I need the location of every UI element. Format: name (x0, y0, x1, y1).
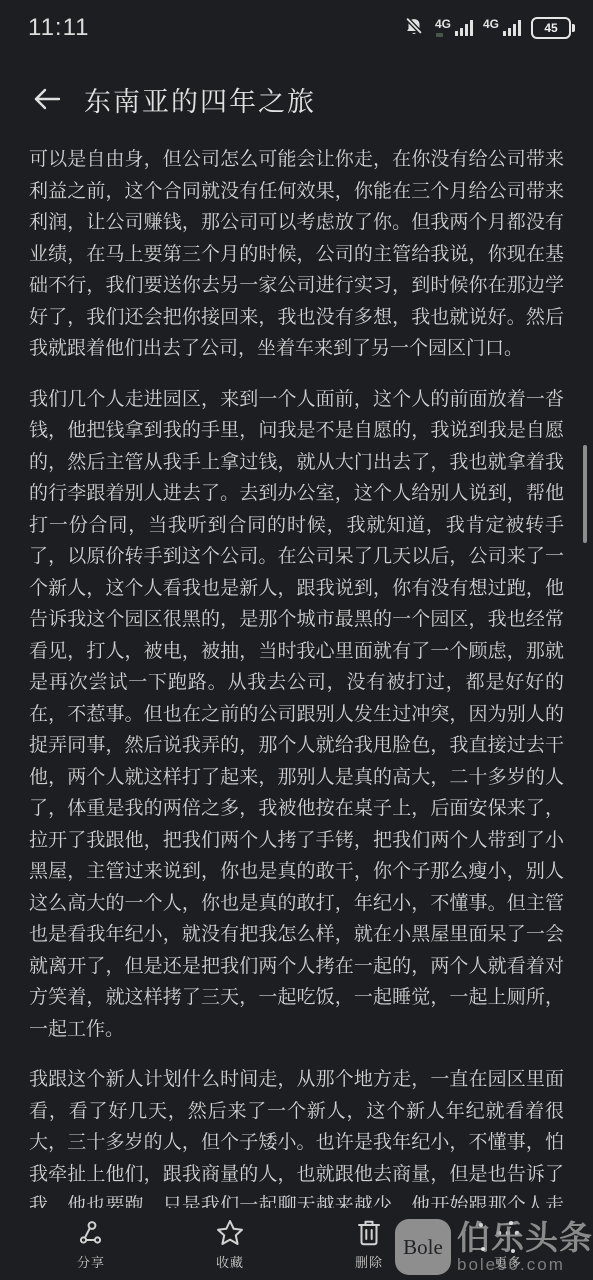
page-title: 东南亚的四年之旅 (84, 80, 316, 119)
battery-icon: 45 (531, 17, 571, 39)
watermark-site-name: 伯乐头条 (457, 1221, 593, 1254)
favorite-label: 收藏 (216, 1252, 244, 1271)
signal-icon-sim1: 4G (435, 20, 473, 36)
favorite-button[interactable]: 收藏 (197, 1216, 263, 1274)
share-button[interactable]: 分享 (58, 1216, 124, 1274)
star-icon (215, 1219, 245, 1247)
share-label: 分享 (77, 1252, 105, 1271)
app-screen: 11:11 4G 4G 45 (0, 0, 593, 1280)
sparkle-dot (479, 1223, 483, 1227)
delete-button[interactable]: 删除 (336, 1216, 402, 1274)
bole-logo-text: Bole (403, 1235, 443, 1260)
volte-indicator (436, 33, 443, 37)
trash-icon (356, 1219, 382, 1247)
signal-bars (503, 20, 521, 36)
article-body[interactable]: 可以是自由身，但公司怎么可能会让你走，在你没有给公司带来利益之前，这个合同就没有… (0, 140, 593, 1208)
signal-icon-sim2: 4G (483, 20, 521, 36)
bole-logo: Bole (395, 1219, 451, 1275)
watermark-text: 伯乐头条 bole90.com (457, 1221, 593, 1273)
network-type-label: 4G (435, 18, 451, 30)
article-paragraph: 可以是自由身，但公司怎么可能会让你走，在你没有给公司带来利益之前，这个合同就没有… (29, 144, 564, 365)
site-watermark: Bole 伯乐头条 bole90.com (395, 1219, 593, 1275)
back-button[interactable] (30, 82, 64, 116)
status-bar: 11:11 4G 4G 45 (0, 0, 593, 56)
signal-bars (455, 20, 473, 36)
battery-percent: 45 (544, 21, 557, 35)
notifications-off-icon (403, 15, 425, 42)
sparkle-dot (509, 1221, 513, 1225)
sparkle-dot (481, 1247, 485, 1251)
status-icons: 4G 4G 45 (403, 15, 571, 42)
article-paragraph: 我跟这个新人计划什么时间走，从那个地方走，一直在园区里面看，看了好几天，然后来了… (29, 1064, 564, 1208)
delete-label: 删除 (355, 1252, 383, 1271)
share-icon (77, 1219, 105, 1247)
header: 东南亚的四年之旅 (0, 70, 593, 128)
article-paragraph: 我们几个人走进园区，来到一个人面前，这个人的前面放着一沓钱，他把钱拿到我的手里，… (29, 384, 564, 1046)
watermark-site-url: bole90.com (457, 1256, 593, 1273)
clock: 11:11 (28, 14, 90, 42)
network-type-label: 4G (483, 18, 499, 30)
sparkle-dot (511, 1249, 515, 1253)
scrollbar-thumb[interactable] (583, 445, 587, 543)
